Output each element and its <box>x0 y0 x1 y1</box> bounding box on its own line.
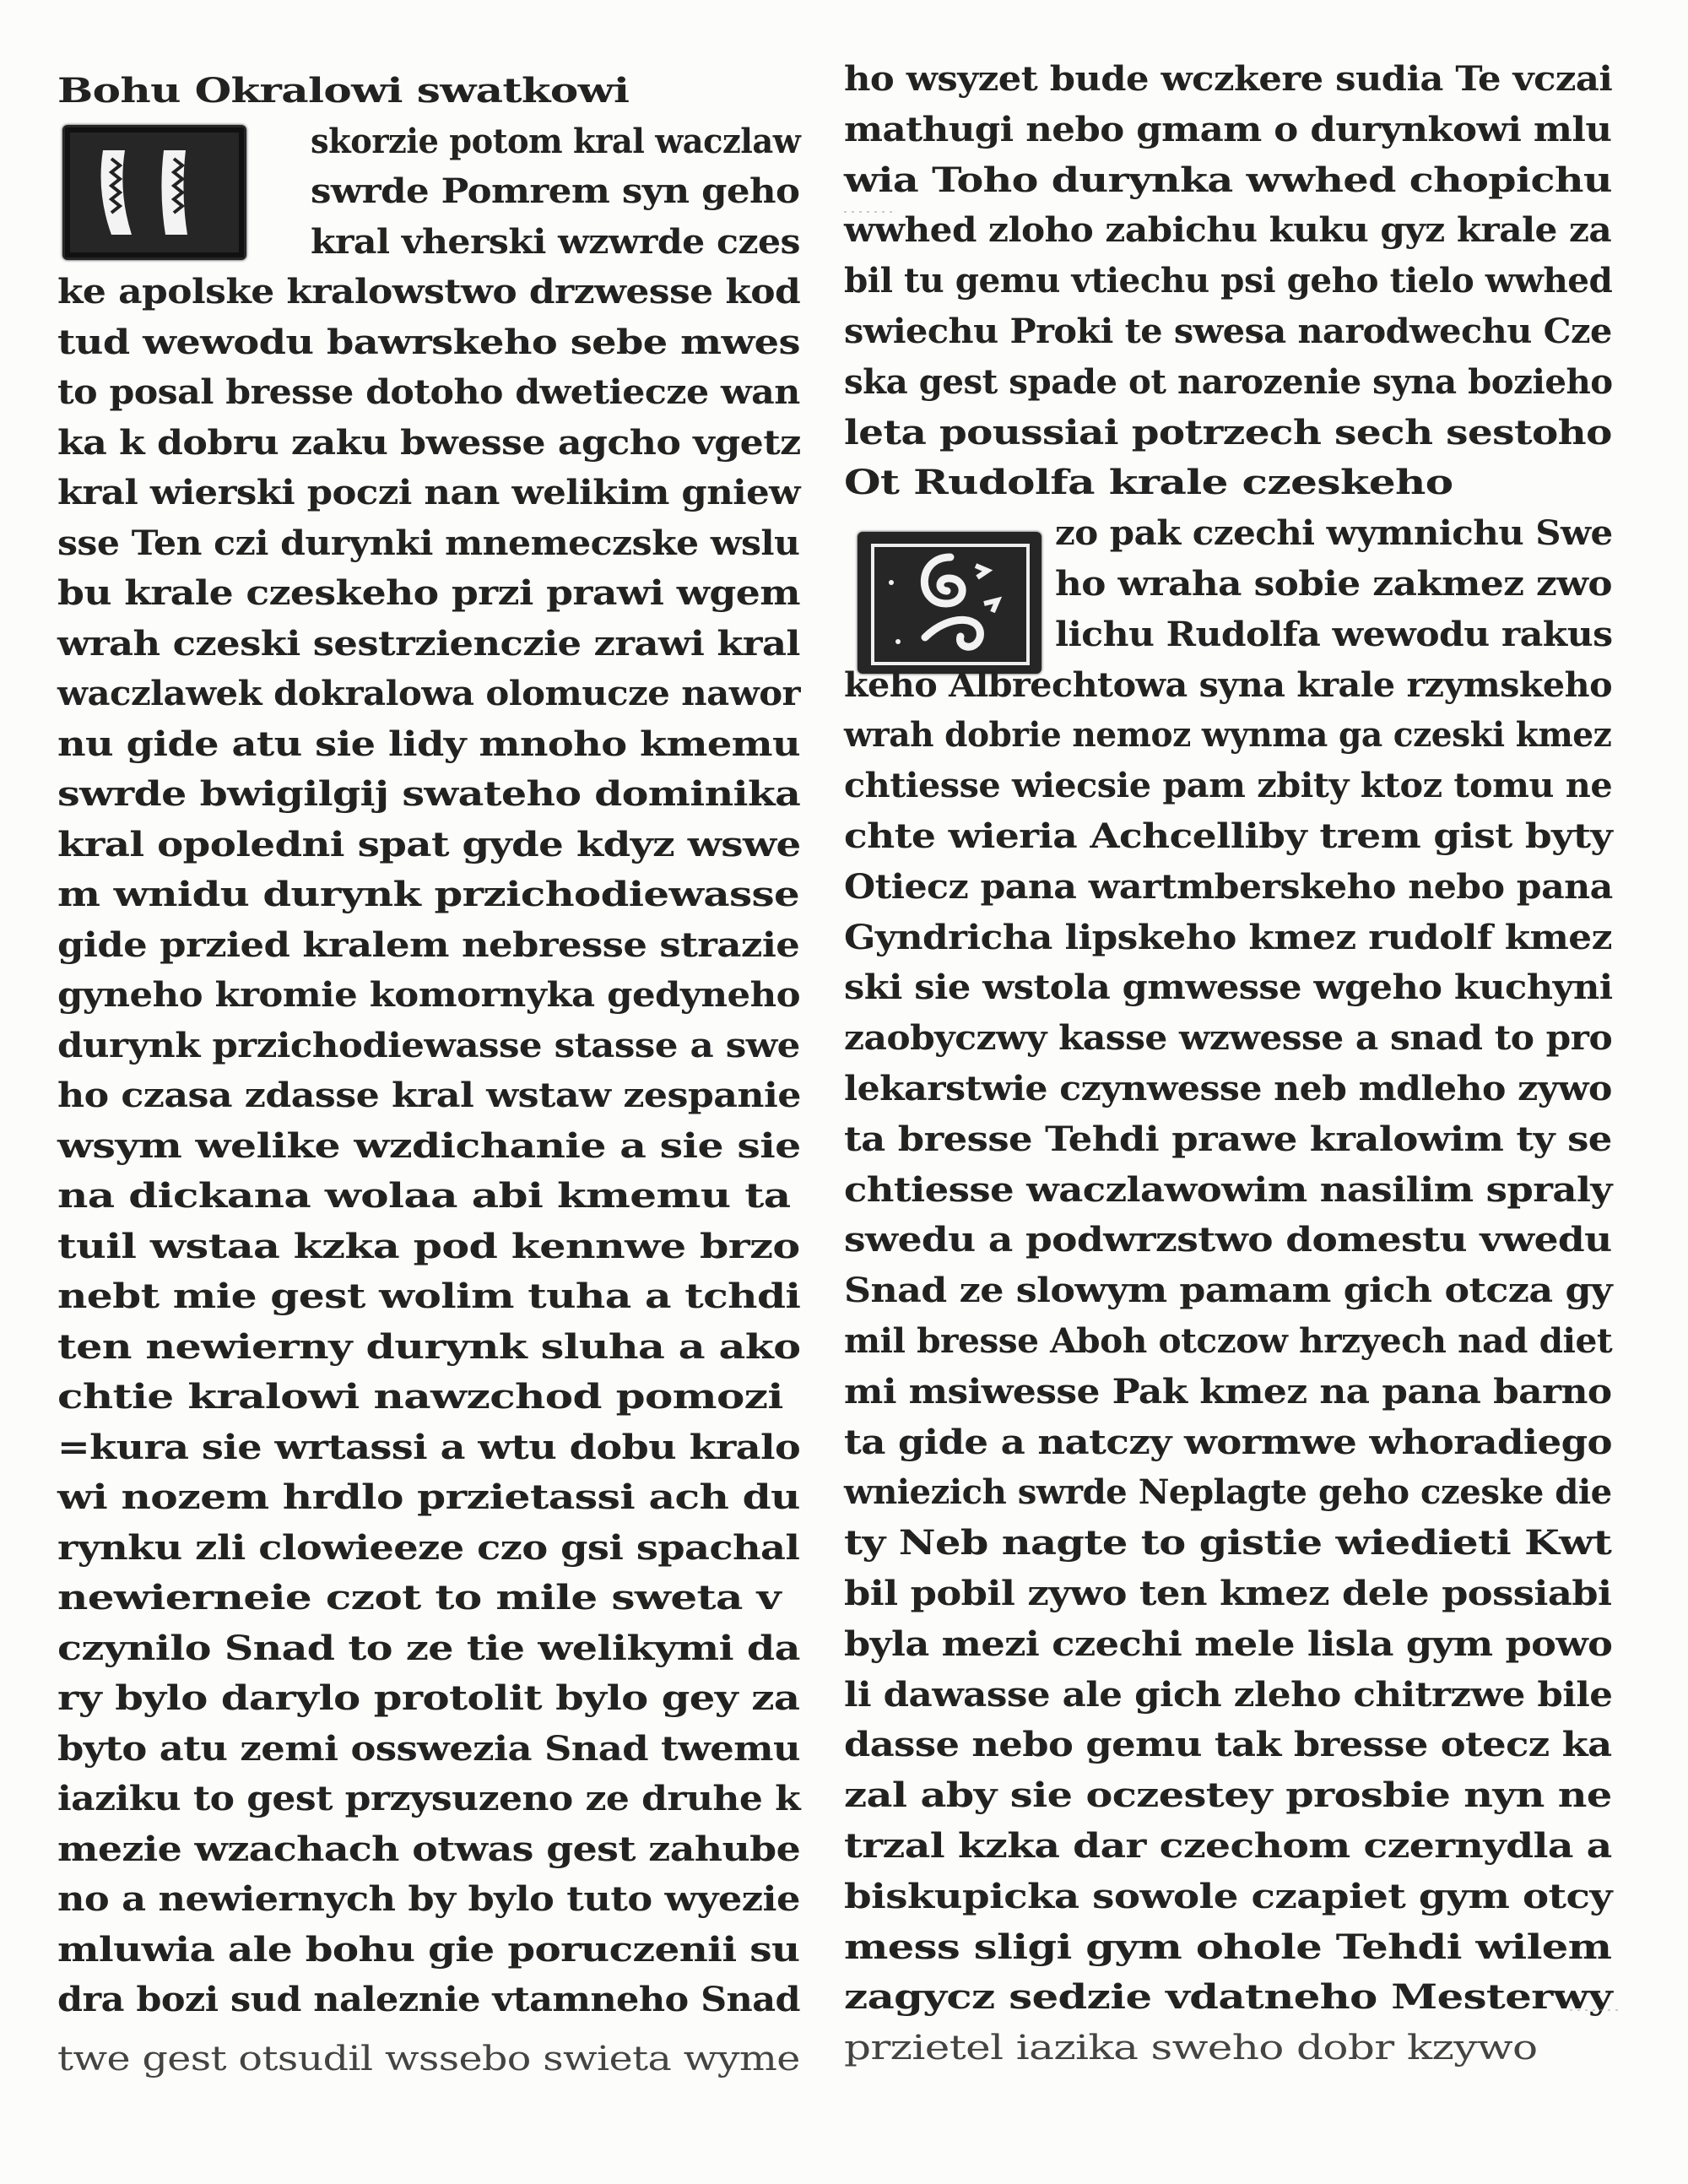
manuscript-line: ta bresse Tehdi prawe kralowim ty se <box>844 1118 1612 1162</box>
manuscript-line: sse Ten czi durynki mnemeczske wslu <box>57 522 799 566</box>
manuscript-line: nebt mie gest wolim tuha a tchdi <box>57 1275 800 1319</box>
manuscript-line: leta poussiai potrzech sech sestoho <box>844 411 1612 455</box>
margin-rule <box>1570 2009 1620 2011</box>
manuscript-line: ry bylo darylo protolit bylo gey za <box>57 1677 799 1721</box>
manuscript-line: zo pak czechi wymnichu Swe <box>1055 512 1613 555</box>
manuscript-line: dra bozi sud naleznie vtamneho Snad <box>57 1978 800 2022</box>
manuscript-line: lichu Rudolfa wewodu rakus <box>1055 613 1612 657</box>
manuscript-line: wia Toho durynka wwhed chopichu <box>844 159 1612 203</box>
manuscript-line: wi nozem hrdlo przietassi ach du <box>57 1476 800 1520</box>
manuscript-line: dasse nebo gemu tak bresse otecz ka <box>844 1723 1612 1767</box>
manuscript-line: iaziku to gest przysuzeno ze druhe k <box>57 1777 800 1821</box>
manuscript-line: ho wraha sobie zakmez zwo <box>1055 562 1612 606</box>
manuscript-line: ta gide a natczy wormwe whoradiego <box>844 1421 1612 1465</box>
manuscript-line: waczlawek dokralowa olomucze nawor <box>57 672 800 716</box>
manuscript-line: ten newierny durynk sluha a ako <box>57 1325 800 1369</box>
manuscript-line: mess sligi gym ohole Tehdi wilem <box>844 1926 1611 1970</box>
manuscript-line: Bohu Okralowi swatkowi <box>57 69 629 113</box>
manuscript-line: tud wewodu bawrskeho sebe mwes <box>57 321 800 365</box>
manuscript-line: wniezich swrde Neplagte geho czeske die <box>844 1471 1612 1515</box>
manuscript-line: kral vherski wzwrde czes <box>311 220 800 264</box>
manuscript-line: kral wierski poczi nan welikim gniew <box>57 471 800 515</box>
manuscript-line: mil bresse Aboh otczow hrzyech nad diet <box>844 1320 1612 1363</box>
manuscript-line: wsym welike wzdichanie a sie sie <box>57 1125 801 1168</box>
manuscript-line: bil pobil zywo ten kmez dele possiabi <box>844 1572 1611 1616</box>
manuscript-line: chtiesse wiecsie pam zbity ktoz tomu ne <box>844 764 1612 808</box>
manuscript-line: biskupicka sowole czapiet gym otcy <box>844 1875 1612 1919</box>
manuscript-line: ski sie wstola gmwesse wgeho kuchyni <box>844 966 1613 1010</box>
manuscript-line: chte wieria Achcelliby trem gist byty <box>844 815 1612 859</box>
manuscript-line: gide przied kralem nebresse strazie <box>57 924 799 967</box>
manuscript-line: trzal kzka dar czechom czernydla a <box>844 1824 1612 1868</box>
manuscript-line: li dawasse ale gich zleho chitrzwe bile <box>844 1673 1612 1717</box>
manuscript-line: gyneho kromie komornyka gedyneho <box>57 973 800 1017</box>
manuscript-line: nu gide atu sie lidy mnoho kmemu <box>57 723 800 767</box>
manuscript-line: Gyndricha lipskeho kmez rudolf kmez <box>844 916 1612 960</box>
manuscript-line: zal aby sie oczestey prosbie nyn ne <box>844 1774 1612 1818</box>
manuscript-line: wwhed zloho zabichu kuku gyz krale za <box>844 209 1611 252</box>
manuscript-line: czynilo Snad to ze tie welikymi da <box>57 1627 800 1671</box>
margin-rule <box>844 211 895 213</box>
manuscript-line: chtiesse waczlawowim nasilim spraly <box>844 1168 1612 1212</box>
manuscript-line: mezie wzachach otwas gest zahube <box>57 1828 800 1872</box>
manuscript-line: ho czasa zdasse kral wstaw zespanie <box>57 1074 801 1118</box>
manuscript-line: wrah dobrie nemoz wynma ga czeski kmez <box>844 713 1611 757</box>
manuscript-line: mluwia ale bohu gie poruczenii su <box>57 1928 799 1972</box>
manuscript-line: Snad ze slowym pamam gich otcza gy <box>844 1269 1612 1313</box>
manuscript-line: lekarstwie czynwesse neb mdleho zywo <box>844 1067 1612 1111</box>
manuscript-line: mi msiwesse Pak kmez na pana barno <box>844 1370 1612 1414</box>
manuscript-line: swrde Pomrem syn geho <box>311 170 799 214</box>
manuscript-line: na dickana wolaa abi kmemu ta <box>57 1174 790 1218</box>
manuscript-line: swedu a podwrzstwo domestu vwedu <box>844 1218 1612 1262</box>
decorated-initial-w-icon <box>62 125 246 260</box>
manuscript-line: ka k dobru zaku bwesse agcho vgetz <box>57 421 801 465</box>
manuscript-line: rynku zli clowieeze czo gsi spachal <box>57 1526 799 1570</box>
manuscript-line: to posal bresse dotoho dwetiecze wan <box>57 371 800 415</box>
decorated-initial-g-icon <box>858 532 1041 674</box>
manuscript-line: tuil wstaa kzka pod kennwe brzo <box>57 1225 800 1269</box>
manuscript-line: byla mezi czechi mele lisla gym powo <box>844 1623 1612 1666</box>
initial-w-ornament-icon <box>62 125 246 260</box>
manuscript-line: Ot Rudolfa krale czeskeho <box>844 461 1453 505</box>
manuscript-line: keho Albrechtowa syna krale rzymskeho <box>844 664 1612 707</box>
manuscript-line: zagycz sedzie vdatneho Mesterwy <box>844 1975 1612 2019</box>
manuscript-line: wrah czeski sestrzienczie zrawi kral <box>57 622 800 666</box>
manuscript-line: ska gest spade ot narozenie syna bozieho <box>844 360 1613 404</box>
manuscript-line: swrde bwigilgij swateho dominika <box>57 772 800 816</box>
manuscript-line: =kura sie wrtassi a wtu dobu kralo <box>57 1426 800 1470</box>
manuscript-line: twe gest otsudil wssebo swieta wyme <box>57 2037 800 2081</box>
manuscript-line: ke apolske kralowstwo drzwesse kod <box>57 270 800 314</box>
manuscript-line: ho wsyzet bude wczkere sudia Te vczai <box>844 57 1612 101</box>
initial-g-foliage-icon <box>858 532 1041 674</box>
manuscript-line: bil tu gemu vtiechu psi geho tielo wwhed <box>844 259 1612 303</box>
manuscript-line: byto atu zemi osswezia Snad twemu <box>57 1727 800 1771</box>
manuscript-line: chtie kralowi nawzchod pomozi <box>57 1375 783 1419</box>
manuscript-line: swiechu Proki te swesa narodwechu Cze <box>844 310 1612 354</box>
manuscript-line: mathugi nebo gmam o durynkowi mlu <box>844 108 1611 152</box>
manuscript-line: kral opoledni spat gyde kdyz wswe <box>57 823 801 867</box>
manuscript-line: no a newiernych by bylo tuto wyezie <box>57 1878 800 1921</box>
manuscript-page: Bohu Okralowi swatkowiskorzie potom kral… <box>0 0 1688 2184</box>
manuscript-line: durynk przichodiewasse stasse a swe <box>57 1024 800 1068</box>
manuscript-line: Otiecz pana wartmberskeho nebo pana <box>844 865 1613 909</box>
manuscript-line: newierneie czot to mile sweta v <box>57 1576 781 1620</box>
manuscript-line: skorzie potom kral waczlaw <box>311 120 800 164</box>
manuscript-line: zaobyczwy kasse wzwesse a snad to pro <box>844 1016 1612 1060</box>
manuscript-line: przietel iazika sweho dobr kzywo <box>844 2026 1537 2070</box>
manuscript-line: ty Neb nagte to gistie wiedieti Kwt <box>844 1521 1611 1565</box>
manuscript-line: bu krale czeskeho przi prawi wgem <box>57 572 800 615</box>
manuscript-line: m wnidu durynk przichodiewasse <box>57 873 799 917</box>
